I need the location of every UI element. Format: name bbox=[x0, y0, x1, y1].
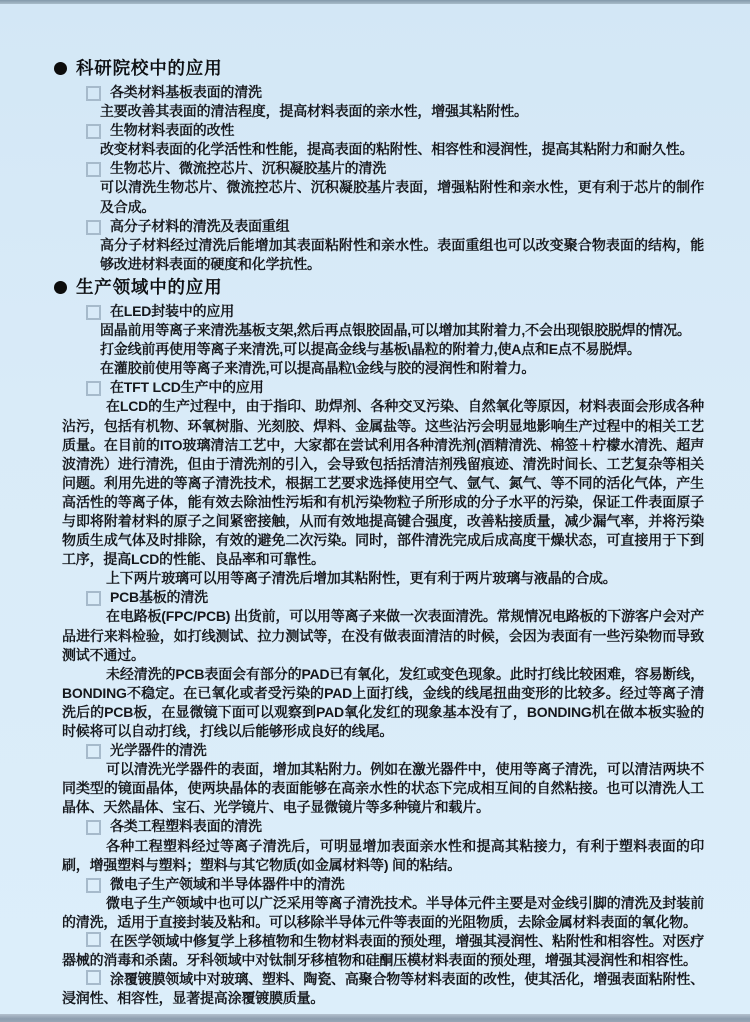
paragraph-text: 可以清洗光学器件的表面，增加其粘附力。例如在激光器件中，使用等离子清洗，可以清洁… bbox=[62, 760, 704, 817]
checkbox-icon bbox=[86, 381, 101, 396]
item-body-text: 主要改善其表面的清洁程度，提高材料表面的亲水性，增强其粘附性。 bbox=[100, 102, 704, 121]
document-content: 科研院校中的应用各类材料基板表面的清洗主要改善其表面的清洁程度，提高材料表面的亲… bbox=[62, 55, 704, 1008]
item-heading: 生物芯片、微流控芯片、沉积凝胶基片的清洗 bbox=[62, 159, 704, 178]
paragraph-text: 各种工程塑料经过等离子清洗后，可明显增加表面亲水性和提高其粘接力，有利于塑料表面… bbox=[62, 837, 704, 875]
checkbox-icon bbox=[86, 878, 101, 893]
checkbox-icon bbox=[86, 970, 101, 985]
item-body-text: 可以清洗生物芯片、微流控芯片、沉积凝胶基片表面，增强粘附性和亲水性，更有利于芯片… bbox=[100, 178, 704, 216]
checkbox-icon bbox=[86, 124, 101, 139]
item-heading: 微电子生产领域和半导体器件中的清洗 bbox=[62, 875, 704, 894]
item-heading-text: 在TFT LCD生产中的应用 bbox=[110, 378, 264, 397]
item-heading-text: 高分子材料的清洗及表面重组 bbox=[110, 217, 289, 236]
page-bottom-strip bbox=[0, 1014, 750, 1022]
item-heading: 在TFT LCD生产中的应用 bbox=[62, 378, 704, 397]
checkbox-icon bbox=[86, 591, 101, 606]
item-heading-text: 光学器件的清洗 bbox=[110, 741, 207, 760]
paragraph-text: 在电路板(FPC/PCB) 出货前，可以用等离子来做一次表面清洗。常规情况电路板… bbox=[62, 607, 704, 664]
checkbox-icon bbox=[86, 820, 101, 835]
item-heading: 各类工程塑料表面的清洗 bbox=[62, 817, 704, 836]
document-page: 科研院校中的应用各类材料基板表面的清洗主要改善其表面的清洁程度，提高材料表面的亲… bbox=[0, 0, 750, 1022]
checkbox-icon bbox=[86, 162, 101, 177]
item-heading: 在LED封装中的应用 bbox=[62, 302, 704, 321]
item-body-text: 高分子材料经过清洗后能增加其表面粘附性和亲水性。表面重组也可以改变聚合物表面的结… bbox=[100, 236, 704, 274]
checkbox-paragraph: 在医学领域中修复学上移植物和生物材料表面的预处理，增强其浸润性、粘附性和相容性。… bbox=[62, 932, 704, 970]
section-bullet-icon bbox=[54, 62, 67, 75]
section-title: 生产领域中的应用 bbox=[54, 276, 704, 299]
checkbox-icon bbox=[86, 932, 101, 947]
paragraph-text: 未经清洗的PCB表面会有部分的PAD已有氧化，发红或变色现象。此时打线比较困难，… bbox=[62, 665, 704, 741]
item-body-text: 改变材料表面的化学活性和性能，提高表面的粘附性、相容性和浸润性，提高其粘附力和耐… bbox=[100, 140, 704, 159]
item-heading: 各类材料基板表面的清洗 bbox=[62, 83, 704, 102]
checkbox-icon bbox=[86, 86, 101, 101]
item-heading-text: 微电子生产领域和半导体器件中的清洗 bbox=[110, 875, 345, 894]
paragraph-text: 微电子生产领域中也可以广泛采用等离子清洗技术。半导体元件主要是对金线引脚的清洗及… bbox=[62, 894, 704, 932]
item-heading: 光学器件的清洗 bbox=[62, 741, 704, 760]
item-heading: 高分子材料的清洗及表面重组 bbox=[62, 217, 704, 236]
checkbox-paragraph: 涂覆镀膜领域中对玻璃、塑料、陶瓷、高聚合物等材料表面的改性，使其活化，增强表面粘… bbox=[62, 970, 704, 1008]
item-heading-text: PCB基板的清洗 bbox=[110, 588, 208, 607]
item-heading-text: 生物材料表面的改性 bbox=[110, 121, 234, 140]
section-bullet-icon bbox=[54, 281, 67, 294]
checkbox-icon bbox=[86, 220, 101, 235]
checkbox-paragraph-text: 在医学领域中修复学上移植物和生物材料表面的预处理，增强其浸润性、粘附性和相容性。… bbox=[62, 933, 704, 968]
paragraph-text: 上下两片玻璃可以用等离子清洗后增加其粘附性，更有利于两片玻璃与液晶的合成。 bbox=[62, 569, 704, 588]
item-heading: 生物材料表面的改性 bbox=[62, 121, 704, 140]
item-body-text: 固晶前用等离子来清洗基板支架,然后再点银胶固晶,可以增加其附着力,不会出现银胶脱… bbox=[100, 321, 704, 340]
item-heading-text: 生物芯片、微流控芯片、沉积凝胶基片的清洗 bbox=[110, 159, 386, 178]
paragraph-text: 在LCD的生产过程中，由于指印、助焊剂、各种交叉污染、自然氧化等原因，材料表面会… bbox=[62, 397, 704, 569]
section-title-text: 科研院校中的应用 bbox=[76, 57, 222, 80]
item-body-text: 在灌胶前使用等离子来清洗,可以提高晶粒\金线与胶的浸润性和附着力。 bbox=[100, 359, 704, 378]
item-heading: PCB基板的清洗 bbox=[62, 588, 704, 607]
item-heading-text: 在LED封装中的应用 bbox=[110, 302, 234, 321]
section-title-text: 生产领域中的应用 bbox=[76, 276, 222, 299]
page-top-strip bbox=[0, 0, 750, 4]
section-title: 科研院校中的应用 bbox=[54, 57, 704, 80]
item-heading-text: 各类材料基板表面的清洗 bbox=[110, 83, 262, 102]
checkbox-icon bbox=[86, 305, 101, 320]
item-body-text: 打金线前再使用等离子来清洗,可以提高金线与基板\晶粒的附着力,使A点和E点不易脱… bbox=[100, 340, 704, 359]
checkbox-icon bbox=[86, 744, 101, 759]
checkbox-paragraph-text: 涂覆镀膜领域中对玻璃、塑料、陶瓷、高聚合物等材料表面的改性，使其活化，增强表面粘… bbox=[62, 971, 704, 1006]
item-heading-text: 各类工程塑料表面的清洗 bbox=[110, 817, 262, 836]
